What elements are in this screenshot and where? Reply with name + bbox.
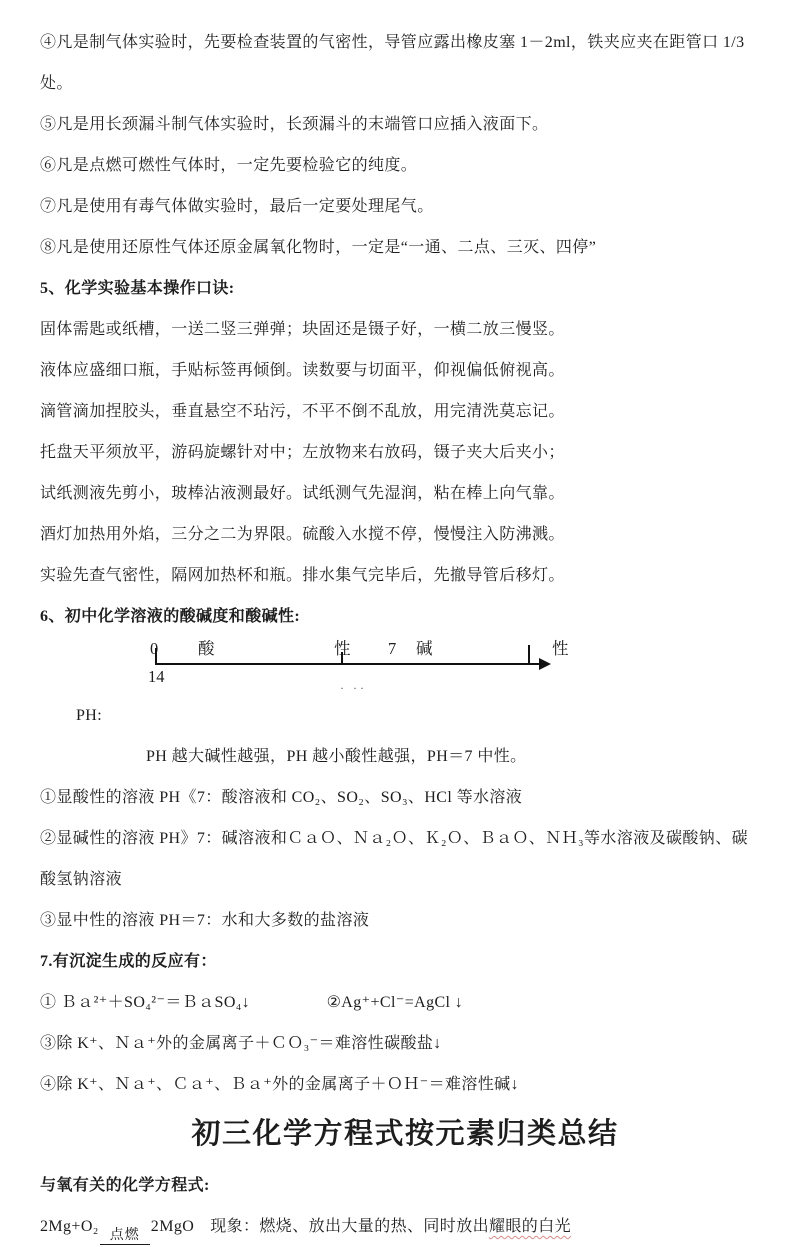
condition-text: 点燃 [110, 1227, 140, 1244]
jingle-line-7: 实验先查气密性，隔网加热杯和瓶。排水集气完毕后，先撤导管后移灯。 [40, 555, 770, 596]
phenomenon-text: 现象：燃烧、放出大量的热、同时放出 [210, 1218, 489, 1235]
ph-scale-arrow-icon [539, 658, 551, 670]
phenomenon-highlight: 耀眼的白光 [489, 1218, 571, 1235]
ph-scale-label-7: 7 [388, 639, 396, 659]
section-6-heading: 6、初中化学溶液的酸碱度和酸碱性: [40, 596, 770, 637]
note-item-4: ④凡是制气体实验时，先要检查装置的气密性，导管应露出橡皮塞 1－2ml，铁夹应夹… [40, 22, 770, 104]
equation-left-side: 2Mg+O₂ [40, 1218, 99, 1235]
jingle-line-3: 滴管滴加捏胶头，垂直悬空不玷污，不平不倒不乱放，用完清洗莫忘记。 [40, 391, 770, 432]
jingle-line-5: 试纸测液先剪小，玻棒沾液测最好。试纸测气先湿润，粘在棒上向气靠。 [40, 473, 770, 514]
jingle-line-1: 固体需匙或纸槽，一送二竖三弹弹；块固还是镊子好，一横二放三慢竖。 [40, 309, 770, 350]
ph-scale-axis-line [155, 663, 541, 665]
precipitation-eq-1: ① Ｂａ²⁺＋SO₄²⁻＝ＢａSO₄↓ [40, 994, 250, 1011]
precipitation-eq-row-1: ① Ｂａ²⁺＋SO₄²⁻＝ＢａSO₄↓ ②Ag⁺+Cl⁻=AgCl ↓ [40, 982, 770, 1023]
basic-solution-line-2: 酸氢钠溶液 [40, 859, 770, 900]
basic-solution-line: ②显碱性的溶液 PH》7：碱溶液和ＣａＯ、Ｎａ₂Ｏ、Ｋ₂Ｏ、ＢａＯ、ＮＨ₃等水溶… [40, 818, 770, 900]
ph-scale-tick-right [528, 645, 530, 665]
jingle-line-6: 酒灯加热用外焰，三分之二为界限。硫酸入水搅不停，慢慢注入防沸溅。 [40, 514, 770, 555]
section-7-heading: 7.有沉淀生成的反应有： [40, 941, 770, 982]
jingle-line-2: 液体应盛细口瓶，手贴标签再倾倒。读数要与切面平，仰视偏低俯视高。 [40, 350, 770, 391]
reaction-condition: 点燃 [100, 1227, 150, 1247]
basic-solution-line-1: ②显碱性的溶液 PH》7：碱溶液和ＣａＯ、Ｎａ₂Ｏ、Ｋ₂Ｏ、ＢａＯ、ＮＨ₃等水溶… [40, 818, 770, 859]
ph-scale-label-alkali: 碱 [416, 639, 433, 659]
mg-combustion-equation: 2Mg+O₂点燃2MgO现象：燃烧、放出大量的热、同时放出耀眼的白光 [40, 1206, 770, 1247]
ph-scale-diagram: 0 酸 性 7 碱 性 14 · ·· [40, 637, 770, 695]
precipitation-eq-3: ③除 K⁺、Ｎａ⁺外的金属离子＋ＣＯ₃⁻＝难溶性碳酸盐↓ [40, 1023, 770, 1064]
ph-scale-label-14: 14 [148, 667, 165, 687]
section-5-heading: 5、化学实验基本操作口诀: [40, 268, 770, 309]
ph-label: PH: [40, 695, 770, 736]
note-item-4-line-2: 处。 [40, 63, 770, 104]
acidic-solution-line: ①显酸性的溶液 PH《7：酸溶液和 CO₂、SO₂、SO₃、HCl 等水溶液 [40, 777, 770, 818]
ph-rule-text: PH 越大碱性越强，PH 越小酸性越强，PH＝7 中性。 [40, 736, 770, 777]
ph-scale-label-acid: 酸 [198, 639, 215, 659]
note-item-6: ⑥凡是点燃可燃性气体时，一定先要检验它的纯度。 [40, 145, 770, 186]
precipitation-eq-2: ②Ag⁺+Cl⁻=AgCl ↓ [327, 994, 464, 1011]
note-item-5: ⑤凡是用长颈漏斗制气体实验时，长颈漏斗的末端管口应插入液面下。 [40, 104, 770, 145]
page-title: 初三化学方程式按元素归类总结 [40, 1107, 770, 1161]
note-item-7: ⑦凡是使用有毒气体做实验时，最后一定要处理尾气。 [40, 186, 770, 227]
ph-scale-tick-mid [341, 652, 343, 665]
ph-scale-label-xing-right: 性 [552, 639, 569, 659]
oxygen-section-heading: 与氧有关的化学方程式: [40, 1165, 770, 1206]
note-item-8: ⑧凡是使用还原性气体还原金属氧化物时，一定是“一通、二点、三灭、四停” [40, 227, 770, 268]
stray-dots: · ·· [340, 681, 367, 696]
neutral-solution-line: ③显中性的溶液 PH＝7：水和大多数的盐溶液 [40, 900, 770, 941]
precipitation-eq-4: ④除 K⁺、Ｎａ⁺、Ｃａ⁺、Ｂａ⁺外的金属离子＋ＯＨ⁻＝难溶性碱↓ [40, 1064, 770, 1105]
jingle-line-4: 托盘天平须放平，游码旋螺针对中；左放物来右放码，镊子夹大后夹小； [40, 432, 770, 473]
ph-scale-tick-left [155, 648, 157, 665]
equation-right-side: 2MgO [151, 1218, 194, 1235]
note-item-4-line-1: ④凡是制气体实验时，先要检查装置的气密性，导管应露出橡皮塞 1－2ml，铁夹应夹… [40, 22, 770, 63]
document-page: ④凡是制气体实验时，先要检查装置的气密性，导管应露出橡皮塞 1－2ml，铁夹应夹… [0, 0, 800, 1247]
